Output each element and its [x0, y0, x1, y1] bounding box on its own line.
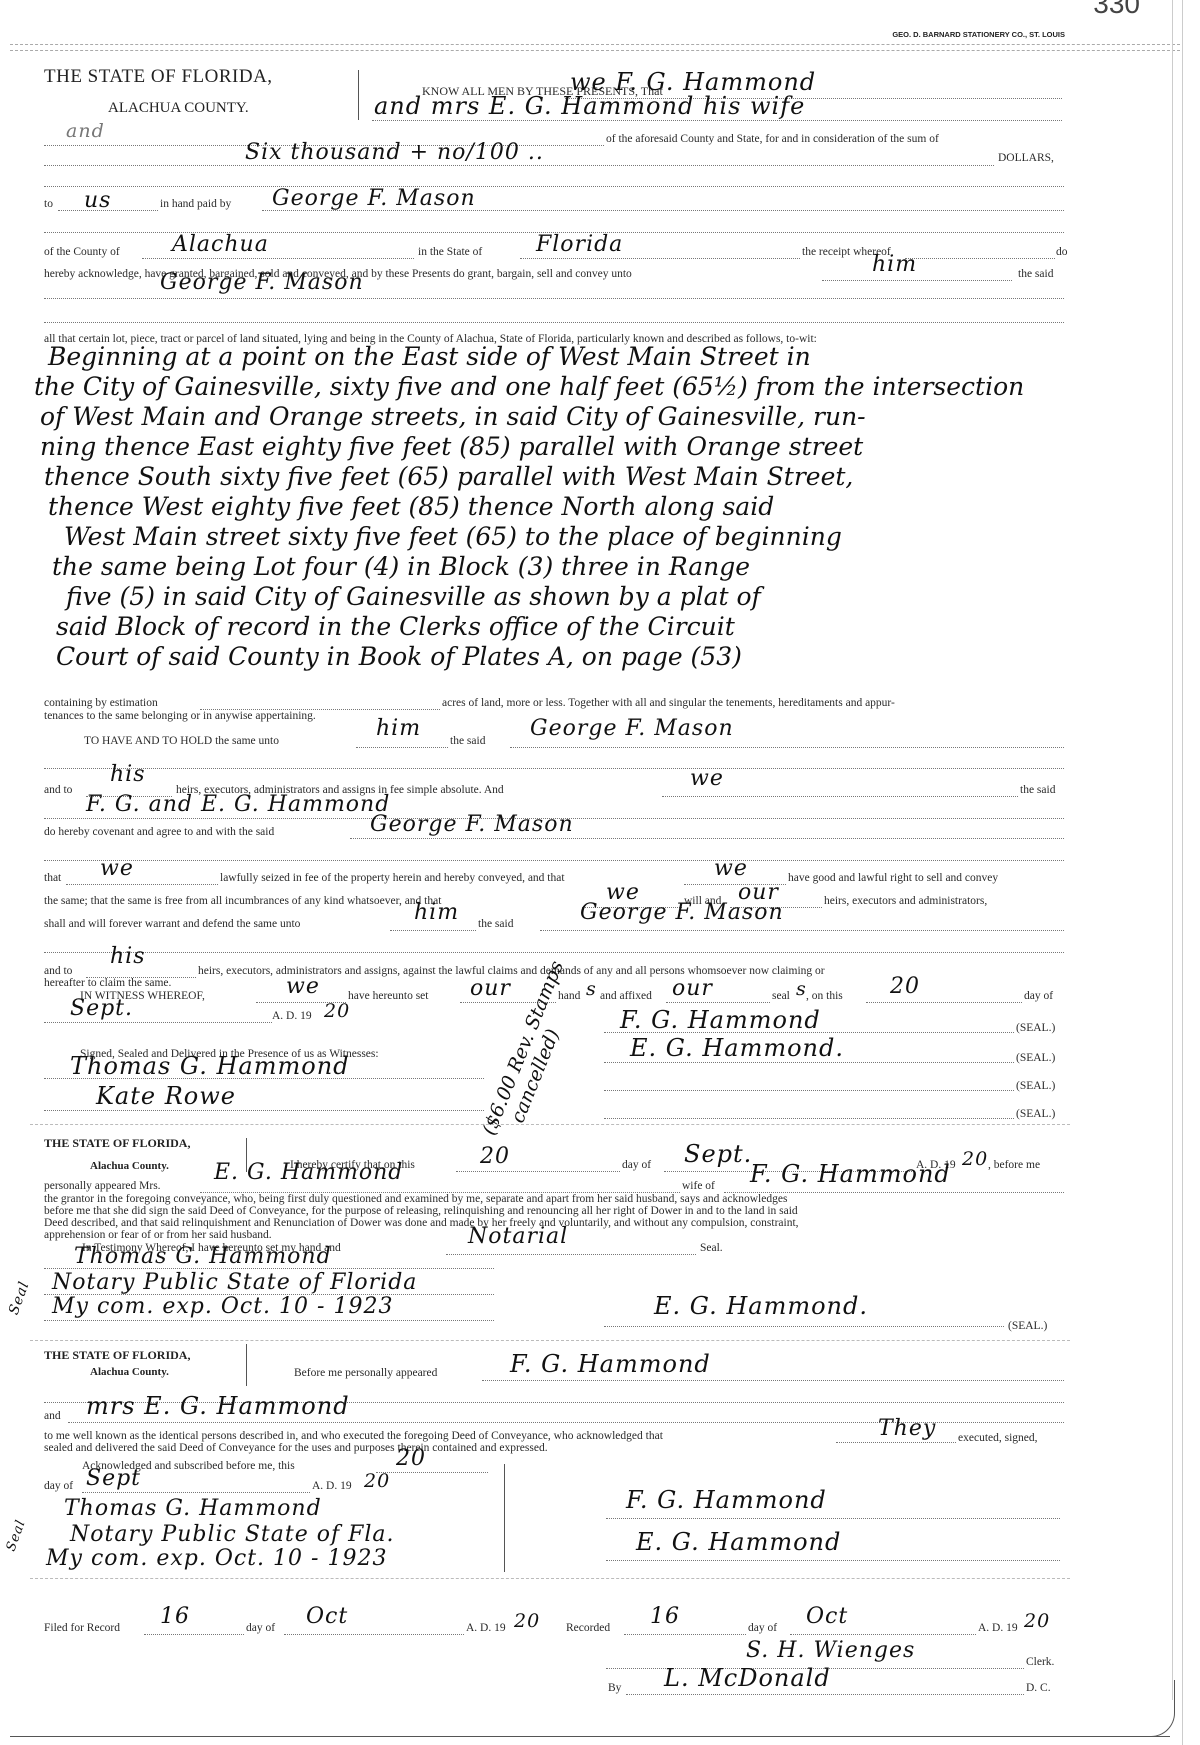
appeared-value: E. G. Hammond	[214, 1160, 403, 1185]
filed-month: Oct	[306, 1604, 348, 1629]
witness-2: Kate Rowe	[96, 1082, 236, 1110]
dower-body-line: before me that she did sign the said Dee…	[44, 1205, 798, 1217]
top-border	[10, 44, 1180, 45]
acres-text: acres of land, more or less. Together wi…	[442, 697, 895, 709]
description-line: the City of Gainesville, sixty five and …	[34, 372, 1024, 401]
and-to-label-2: and to	[44, 965, 72, 977]
tenances-text: tenances to the same belonging or in any…	[44, 710, 316, 722]
on-this-label: , on this	[806, 990, 843, 1002]
dower-body-line: the grantor in the foregoing conveyance,…	[44, 1193, 787, 1205]
defend-grantee: George F. Mason	[580, 900, 784, 925]
covenant-line	[350, 838, 1064, 839]
description-line: of West Main and Orange streets, in said…	[40, 402, 866, 431]
ack-day-value: 20	[396, 1446, 426, 1471]
month-value: Sept.	[70, 996, 133, 1021]
ack-county-title: Alachua County.	[90, 1366, 169, 1378]
and-value: we	[690, 766, 724, 791]
recorded-day-of-label: day of	[748, 1622, 777, 1634]
deputy-value: L. McDonald	[664, 1664, 831, 1692]
day-value: 20	[890, 974, 920, 999]
signature-2: E. G. Hammond.	[630, 1034, 844, 1062]
that-value: we	[100, 856, 134, 881]
top-border-2	[10, 50, 1180, 51]
ack-month-value: Sept	[86, 1466, 141, 1491]
filed-day: 16	[160, 1604, 190, 1629]
ack-appeared-value: F. G. Hammond	[510, 1350, 711, 1378]
recorded-month: Oct	[806, 1604, 848, 1629]
wife-of-label: wife of	[682, 1180, 715, 1192]
covenant-value: George F. Mason	[370, 812, 574, 837]
to-label: to	[44, 198, 53, 210]
county-state-text: of the aforesaid County and State, for a…	[606, 133, 939, 145]
they-value: They	[878, 1416, 936, 1441]
recorded-ad-label: A. D. 19	[978, 1622, 1018, 1634]
and-to-value: his	[110, 762, 146, 787]
filed-ad-label: A. D. 19	[466, 1622, 506, 1634]
unto-line	[822, 280, 1012, 281]
recorded-month-line	[790, 1634, 976, 1635]
section-divider-3	[30, 1578, 1070, 1579]
dower-body-line: Deed described, and that said relinquish…	[44, 1217, 799, 1229]
filed-month-line	[284, 1634, 464, 1635]
recorded-day-line	[624, 1634, 746, 1635]
they-line	[836, 1442, 956, 1443]
notary-line-3	[44, 1320, 494, 1321]
notary-title: Notary Public State of Florida	[52, 1270, 417, 1295]
defend-grantee-line	[540, 930, 1064, 931]
description-line: Court of said County in Book of Plates A…	[56, 642, 742, 671]
description-line: Beginning at a point on the East side of…	[48, 342, 811, 371]
set-value: our	[470, 976, 511, 1001]
defend-text: shall and will forever warrant and defen…	[44, 918, 300, 930]
sum-value: Six thousand + no/100 ..	[245, 140, 544, 165]
description-line: the same being Lot four (4) in Block (3)…	[52, 552, 750, 581]
the-said-label: the said	[450, 735, 485, 747]
that-label: that	[44, 872, 61, 884]
ad-label: A. D. 19	[272, 1010, 312, 1022]
known-text-2: sealed and delivered the said Deed of Co…	[44, 1442, 548, 1454]
dower-state-title: THE STATE OF FLORIDA,	[44, 1136, 190, 1151]
grantors-value: F. G. and E. G. Hammond	[86, 792, 390, 817]
signature-line-2	[604, 1062, 1014, 1063]
wife-of-value: F. G. Hammond	[750, 1160, 951, 1188]
testimony-line	[446, 1254, 696, 1255]
state-value: Florida	[536, 232, 623, 257]
hereafter-text: hereafter to claim the same.	[44, 977, 171, 989]
year-value: 20	[324, 1000, 350, 1022]
description-line: ning thence East eighty five feet (85) p…	[40, 432, 863, 461]
blank-line-1	[44, 186, 1064, 187]
containing-text: containing by estimation	[44, 697, 158, 709]
ack-signature-line-2	[606, 1560, 1060, 1561]
ack-and-value: mrs E. G. Hammond	[86, 1392, 350, 1420]
signature-line-3	[604, 1090, 1014, 1091]
seals-label: seal	[772, 990, 790, 1002]
executed-label: executed, signed,	[958, 1432, 1038, 1444]
ack-day-of-label: day of	[44, 1480, 73, 1492]
day-line	[866, 1002, 1022, 1003]
ack-notary-seal-mark: Seal	[4, 1518, 29, 1554]
receipt-line	[905, 258, 1055, 259]
dower-seal-label: (SEAL.)	[1008, 1320, 1047, 1332]
clerk-value: S. H. Wienges	[746, 1638, 915, 1663]
recorded-year: 20	[1024, 1610, 1050, 1632]
recorded-label: Recorded	[566, 1622, 610, 1634]
grantee-value: George F. Mason	[160, 270, 364, 295]
description-line: thence South sixty five feet (65) parall…	[44, 462, 853, 491]
dower-day-line	[456, 1171, 620, 1172]
ack-notary-title: Notary Public State of Fla.	[70, 1522, 395, 1547]
to-have-grantee: George F. Mason	[530, 716, 734, 741]
blank-line-4	[44, 768, 1064, 769]
blank-line-3	[44, 322, 1064, 323]
dower-signature: E. G. Hammond.	[654, 1292, 868, 1320]
grantor-value-2: and mrs E. G. Hammond his wife	[374, 92, 805, 120]
the-said-label-3: the said	[478, 918, 513, 930]
state-title: THE STATE OF FLORIDA,	[44, 66, 273, 88]
sum-line	[44, 165, 994, 166]
right-border-inner	[1172, 0, 1173, 1700]
title-bracket	[352, 70, 359, 120]
section-divider-2	[30, 1340, 1070, 1341]
and-to-value-2: his	[110, 944, 146, 969]
ack-before-me-label: Before me personally appeared	[294, 1367, 437, 1379]
the-said-label: the said	[1018, 268, 1053, 280]
description-line: West Main street sixty five feet (65) to…	[64, 522, 842, 551]
dower-day-of-label: day of	[622, 1159, 651, 1171]
description-line: thence West eighty five feet (85) thence…	[48, 492, 774, 521]
to-have-line	[356, 747, 448, 748]
affixed-value: our	[672, 976, 713, 1001]
signature-1: F. G. Hammond	[620, 1006, 821, 1034]
recorded-day: 16	[650, 1604, 680, 1629]
grantor-line-2	[372, 120, 1062, 121]
ack-signature-line-1	[606, 1518, 1060, 1519]
grantee-line	[44, 298, 1064, 299]
day-of-label: day of	[1024, 990, 1053, 1002]
stationer-imprint: GEO. D. BARNARD STATIONERY CO., ST. LOUI…	[892, 30, 1065, 39]
testimony-value: Notarial	[468, 1224, 568, 1249]
description-line: five (5) in said City of Gainesville as …	[66, 582, 761, 611]
signature-line-4	[604, 1118, 1014, 1119]
state-label: in the State of	[418, 246, 482, 258]
the-said-label-2: the said	[1020, 784, 1055, 796]
unto-value: him	[872, 252, 917, 277]
affixed-label: and affixed	[600, 990, 652, 1002]
county-line	[142, 258, 414, 259]
seal-label-2: (SEAL.)	[1016, 1052, 1055, 1064]
dower-body-line: apprehension or fear of or from her said…	[44, 1229, 272, 1241]
dower-county-title: Alachua County.	[90, 1160, 169, 1172]
filed-day-line	[144, 1634, 244, 1635]
seal-label-4: (SEAL.)	[1016, 1108, 1055, 1120]
dower-month-value: Sept.	[684, 1140, 752, 1168]
filed-label: Filed for Record	[44, 1622, 120, 1634]
ack-notary-name: Thomas G. Hammond	[64, 1496, 322, 1521]
and-margin-note: and	[66, 120, 105, 142]
ack-month-line	[82, 1492, 310, 1493]
notary-name: Thomas G. Hammond	[74, 1244, 332, 1269]
covenant-label: do hereby covenant and agree to and with…	[44, 826, 274, 838]
ack-signature-2: E. G. Hammond	[636, 1528, 841, 1556]
state-line	[520, 258, 800, 259]
set-label: have hereunto set	[348, 990, 428, 1002]
blank-line-5	[44, 860, 1064, 861]
defend-value: him	[414, 900, 459, 925]
whereof-value: we	[286, 974, 320, 999]
ack-notary-commission: My com. exp. Oct. 10 - 1923	[46, 1546, 387, 1571]
to-have-value: him	[376, 716, 421, 741]
free-text: the same; that the same is free from all…	[44, 895, 441, 907]
right-text: have good and lawful right to sell and c…	[788, 872, 998, 884]
seal-label-3: (SEAL.)	[1016, 1080, 1055, 1092]
description-line: said Block of record in the Clerks offic…	[56, 612, 735, 641]
month-line	[44, 1022, 272, 1023]
filed-day-of-label: day of	[246, 1622, 275, 1634]
ack-state-title: THE STATE OF FLORIDA,	[44, 1348, 190, 1363]
county-label: of the County of	[44, 246, 120, 258]
dollars-label: DOLLARS,	[998, 152, 1054, 164]
dc-label: D. C.	[1026, 1682, 1051, 1694]
seal-word: Seal.	[700, 1242, 723, 1254]
seal-label-1: (SEAL.)	[1016, 1022, 1055, 1034]
ack-and-label: and	[44, 1410, 61, 1422]
do-label: do	[1056, 246, 1068, 258]
deed-document: 330 GEO. D. BARNARD STATIONERY CO., ST. …	[0, 0, 1200, 1745]
defend-line	[390, 930, 476, 931]
seized-text: lawfully seized in fee of the property h…	[220, 872, 565, 884]
before-me-label: , before me	[988, 1159, 1040, 1171]
witness-line-2	[44, 1110, 484, 1111]
witness-1: Thomas G. Hammond	[70, 1052, 350, 1080]
by-label: By	[608, 1682, 621, 1694]
ack-notary-bracket	[498, 1464, 505, 1572]
county-value: Alachua	[172, 232, 269, 257]
right-border	[1182, 0, 1183, 1745]
ack-day-line	[376, 1472, 488, 1473]
ack-appeared-line	[482, 1380, 1064, 1381]
section-divider-1	[30, 1124, 1070, 1125]
to-have-label: TO HAVE AND TO HOLD the same unto	[84, 735, 279, 747]
blank-line-6	[44, 952, 1064, 953]
that-line	[66, 884, 218, 885]
ack-bracket	[240, 1344, 247, 1386]
and-line-2	[662, 796, 1018, 797]
ack-signature-1: F. G. Hammond	[626, 1486, 827, 1514]
deputy-line	[626, 1694, 1024, 1695]
notary-seal-mark: Seal	[6, 1279, 33, 1317]
hands-suffix: s	[586, 978, 597, 1000]
clerk-label: Clerk.	[1026, 1656, 1054, 1668]
paid-by-label: in hand paid by	[160, 198, 231, 210]
notary-commission: My com. exp. Oct. 10 - 1923	[52, 1294, 393, 1319]
known-text-1: to me well known as the identical person…	[44, 1430, 663, 1442]
and-to-label: and to	[44, 784, 72, 796]
corner-curl	[1150, 1680, 1175, 1737]
heirs-exec-text: heirs, executors and administrators,	[824, 895, 987, 907]
county-title: ALACHUA COUNTY.	[108, 100, 249, 117]
dower-signature-line	[604, 1326, 1004, 1327]
filed-year: 20	[514, 1610, 540, 1632]
ack-year-value: 20	[364, 1470, 390, 1492]
dower-year-value: 20	[962, 1148, 988, 1170]
seized-value: we	[714, 856, 748, 881]
paid-by-value: George F. Mason	[272, 186, 476, 211]
appeared-label: personally appeared Mrs.	[44, 1180, 161, 1192]
page-number: 330	[1093, 0, 1140, 20]
affixed-line	[666, 1002, 770, 1003]
dower-day-value: 20	[480, 1144, 510, 1169]
ack-ad-label: A. D. 19	[312, 1480, 352, 1492]
to-have-grantee-line	[510, 747, 1064, 748]
to-value: us	[84, 188, 111, 213]
bottom-border	[10, 1736, 1170, 1737]
